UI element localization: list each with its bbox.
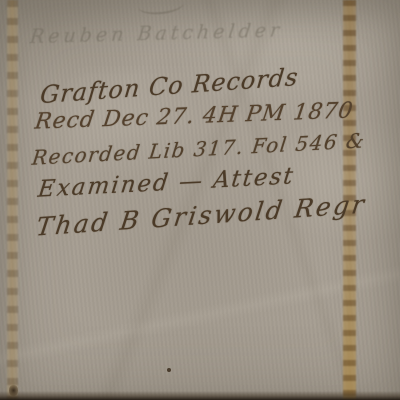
document-photo: Reuben Batchelder Grafton Co Records Rec…: [0, 0, 400, 400]
fold-crease-left: [7, 0, 18, 400]
ink-speck: [167, 368, 171, 372]
paper-bottom-edge: [0, 391, 400, 400]
